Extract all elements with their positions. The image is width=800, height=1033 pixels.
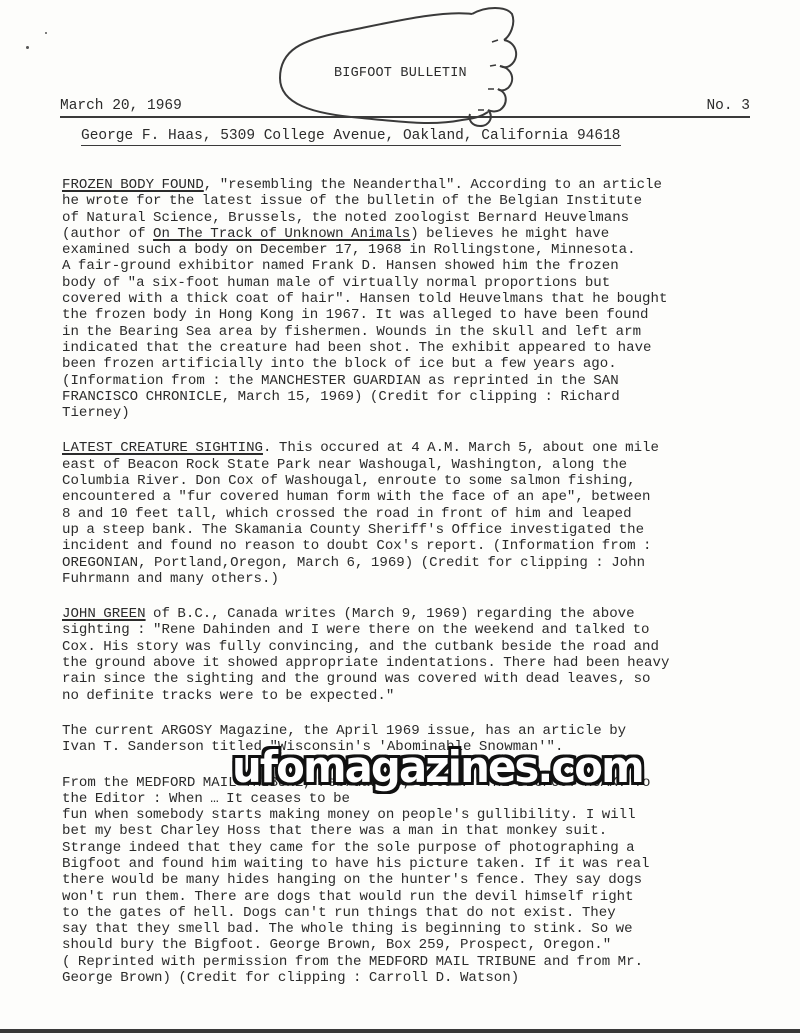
watermark-logo: ufomagazines.com — [232, 746, 643, 790]
article-text: ) believes he might have examined such a… — [62, 226, 667, 421]
underlined-phrase: LATEST CREATURE SIGHTING — [62, 440, 263, 456]
article-latest-sighting: LATEST CREATURE SIGHTING. This occured a… — [62, 440, 782, 587]
scan-speck — [45, 32, 47, 34]
scan-edge — [0, 1029, 800, 1033]
article-john-green: JOHN GREEN of B.C., Canada writes (March… — [62, 606, 782, 704]
article-text: of B.C., Canada writes (March 9, 1969) r… — [62, 606, 669, 703]
article-text: From the MEDFORD MAIL TRIBUNE, February … — [62, 775, 651, 987]
bulletin-body: FROZEN BODY FOUND, "resembling the Neand… — [62, 177, 782, 1005]
article-medford-letter: From the MEDFORD MAIL TRIBUNE, February … — [62, 775, 782, 987]
underlined-phrase: On The Track of Unknown Animals — [153, 226, 410, 242]
scan-speck — [26, 46, 29, 49]
underlined-phrase: JOHN GREEN — [62, 606, 146, 622]
issue-date: March 20, 1969 — [60, 98, 182, 114]
scanned-page: BIGFOOT BULLETIN March 20, 1969 No. 3 Ge… — [0, 0, 800, 1033]
dateline: March 20, 1969 No. 3 — [60, 98, 750, 118]
article-frozen-body: FROZEN BODY FOUND, "resembling the Neand… — [62, 177, 782, 421]
bulletin-masthead: BIGFOOT BULLETIN — [334, 66, 467, 81]
publisher-address: George F. Haas, 5309 College Avenue, Oak… — [81, 128, 621, 146]
underlined-phrase: FROZEN BODY FOUND — [62, 177, 204, 193]
issue-number: No. 3 — [706, 98, 750, 114]
article-text: . This occured at 4 A.M. March 5, about … — [62, 440, 659, 586]
